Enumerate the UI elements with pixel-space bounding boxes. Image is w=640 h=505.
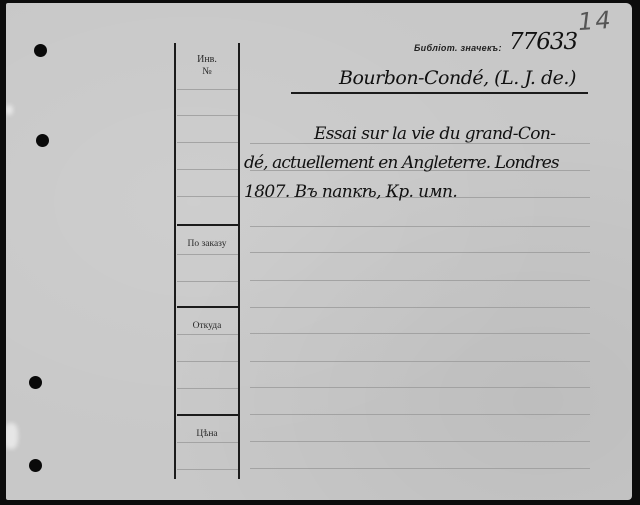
entry-rule: [250, 414, 590, 415]
left-column-line: [177, 334, 238, 335]
left-column-line: [177, 442, 238, 443]
left-column-line: [177, 142, 238, 143]
catalog-card: 14 Библіот. значекъ: 77633 Инв. № По зак…: [6, 3, 632, 500]
left-column-line: [177, 169, 238, 170]
inventory-number-label: Инв. №: [176, 54, 238, 78]
entry-rule: [250, 226, 590, 227]
inventory-label-line1: Инв.: [176, 54, 238, 66]
left-column-line: [177, 361, 238, 362]
entry-rule: [250, 307, 590, 308]
entry-rule: [250, 333, 590, 334]
entry-rule: [250, 441, 590, 442]
inventory-label-line2: №: [176, 66, 238, 78]
left-column-line: [177, 281, 238, 282]
left-column-line: [177, 115, 238, 116]
left-column-line: [177, 89, 238, 90]
left-column-line: [177, 469, 238, 470]
entry-rule: [250, 387, 590, 388]
entry-line-2: dé, actuellement en Angleterre. Londres: [244, 153, 559, 173]
entry-rule: [250, 468, 590, 469]
section-divider-source: [177, 306, 238, 308]
shelfmark-value: 77633: [509, 29, 577, 55]
left-column-rule-right: [238, 43, 240, 479]
punch-hole: [29, 459, 42, 472]
section-divider-price: [177, 414, 238, 416]
entry-line-1: Essai sur la vie du grand-Con-: [314, 124, 555, 144]
entry-rule: [250, 280, 590, 281]
price-label: Цѣна: [176, 428, 238, 440]
by-order-label: По заказу: [176, 238, 238, 250]
shelfmark-label: Библіот. значекъ:: [414, 43, 502, 53]
source-label: Откуда: [176, 320, 238, 332]
edge-wear: [6, 105, 13, 115]
edge-wear: [6, 423, 18, 449]
entry-rule: [250, 361, 590, 362]
entry-rule: [250, 252, 590, 253]
author-name: Bourbon-Condé, (L. J. de.): [339, 67, 576, 89]
author-underline: [291, 92, 588, 94]
pencil-card-number: 14: [577, 6, 613, 36]
punch-hole: [34, 44, 47, 57]
left-column-line: [177, 254, 238, 255]
section-divider-by-order: [177, 224, 238, 226]
punch-hole: [36, 134, 49, 147]
punch-hole: [29, 376, 42, 389]
left-column-rule-left: [174, 43, 176, 479]
left-column-line: [177, 388, 238, 389]
left-column-line: [177, 196, 238, 197]
entry-line-3: 1807. Въ папкѣ, Кр. имп.: [244, 182, 457, 202]
